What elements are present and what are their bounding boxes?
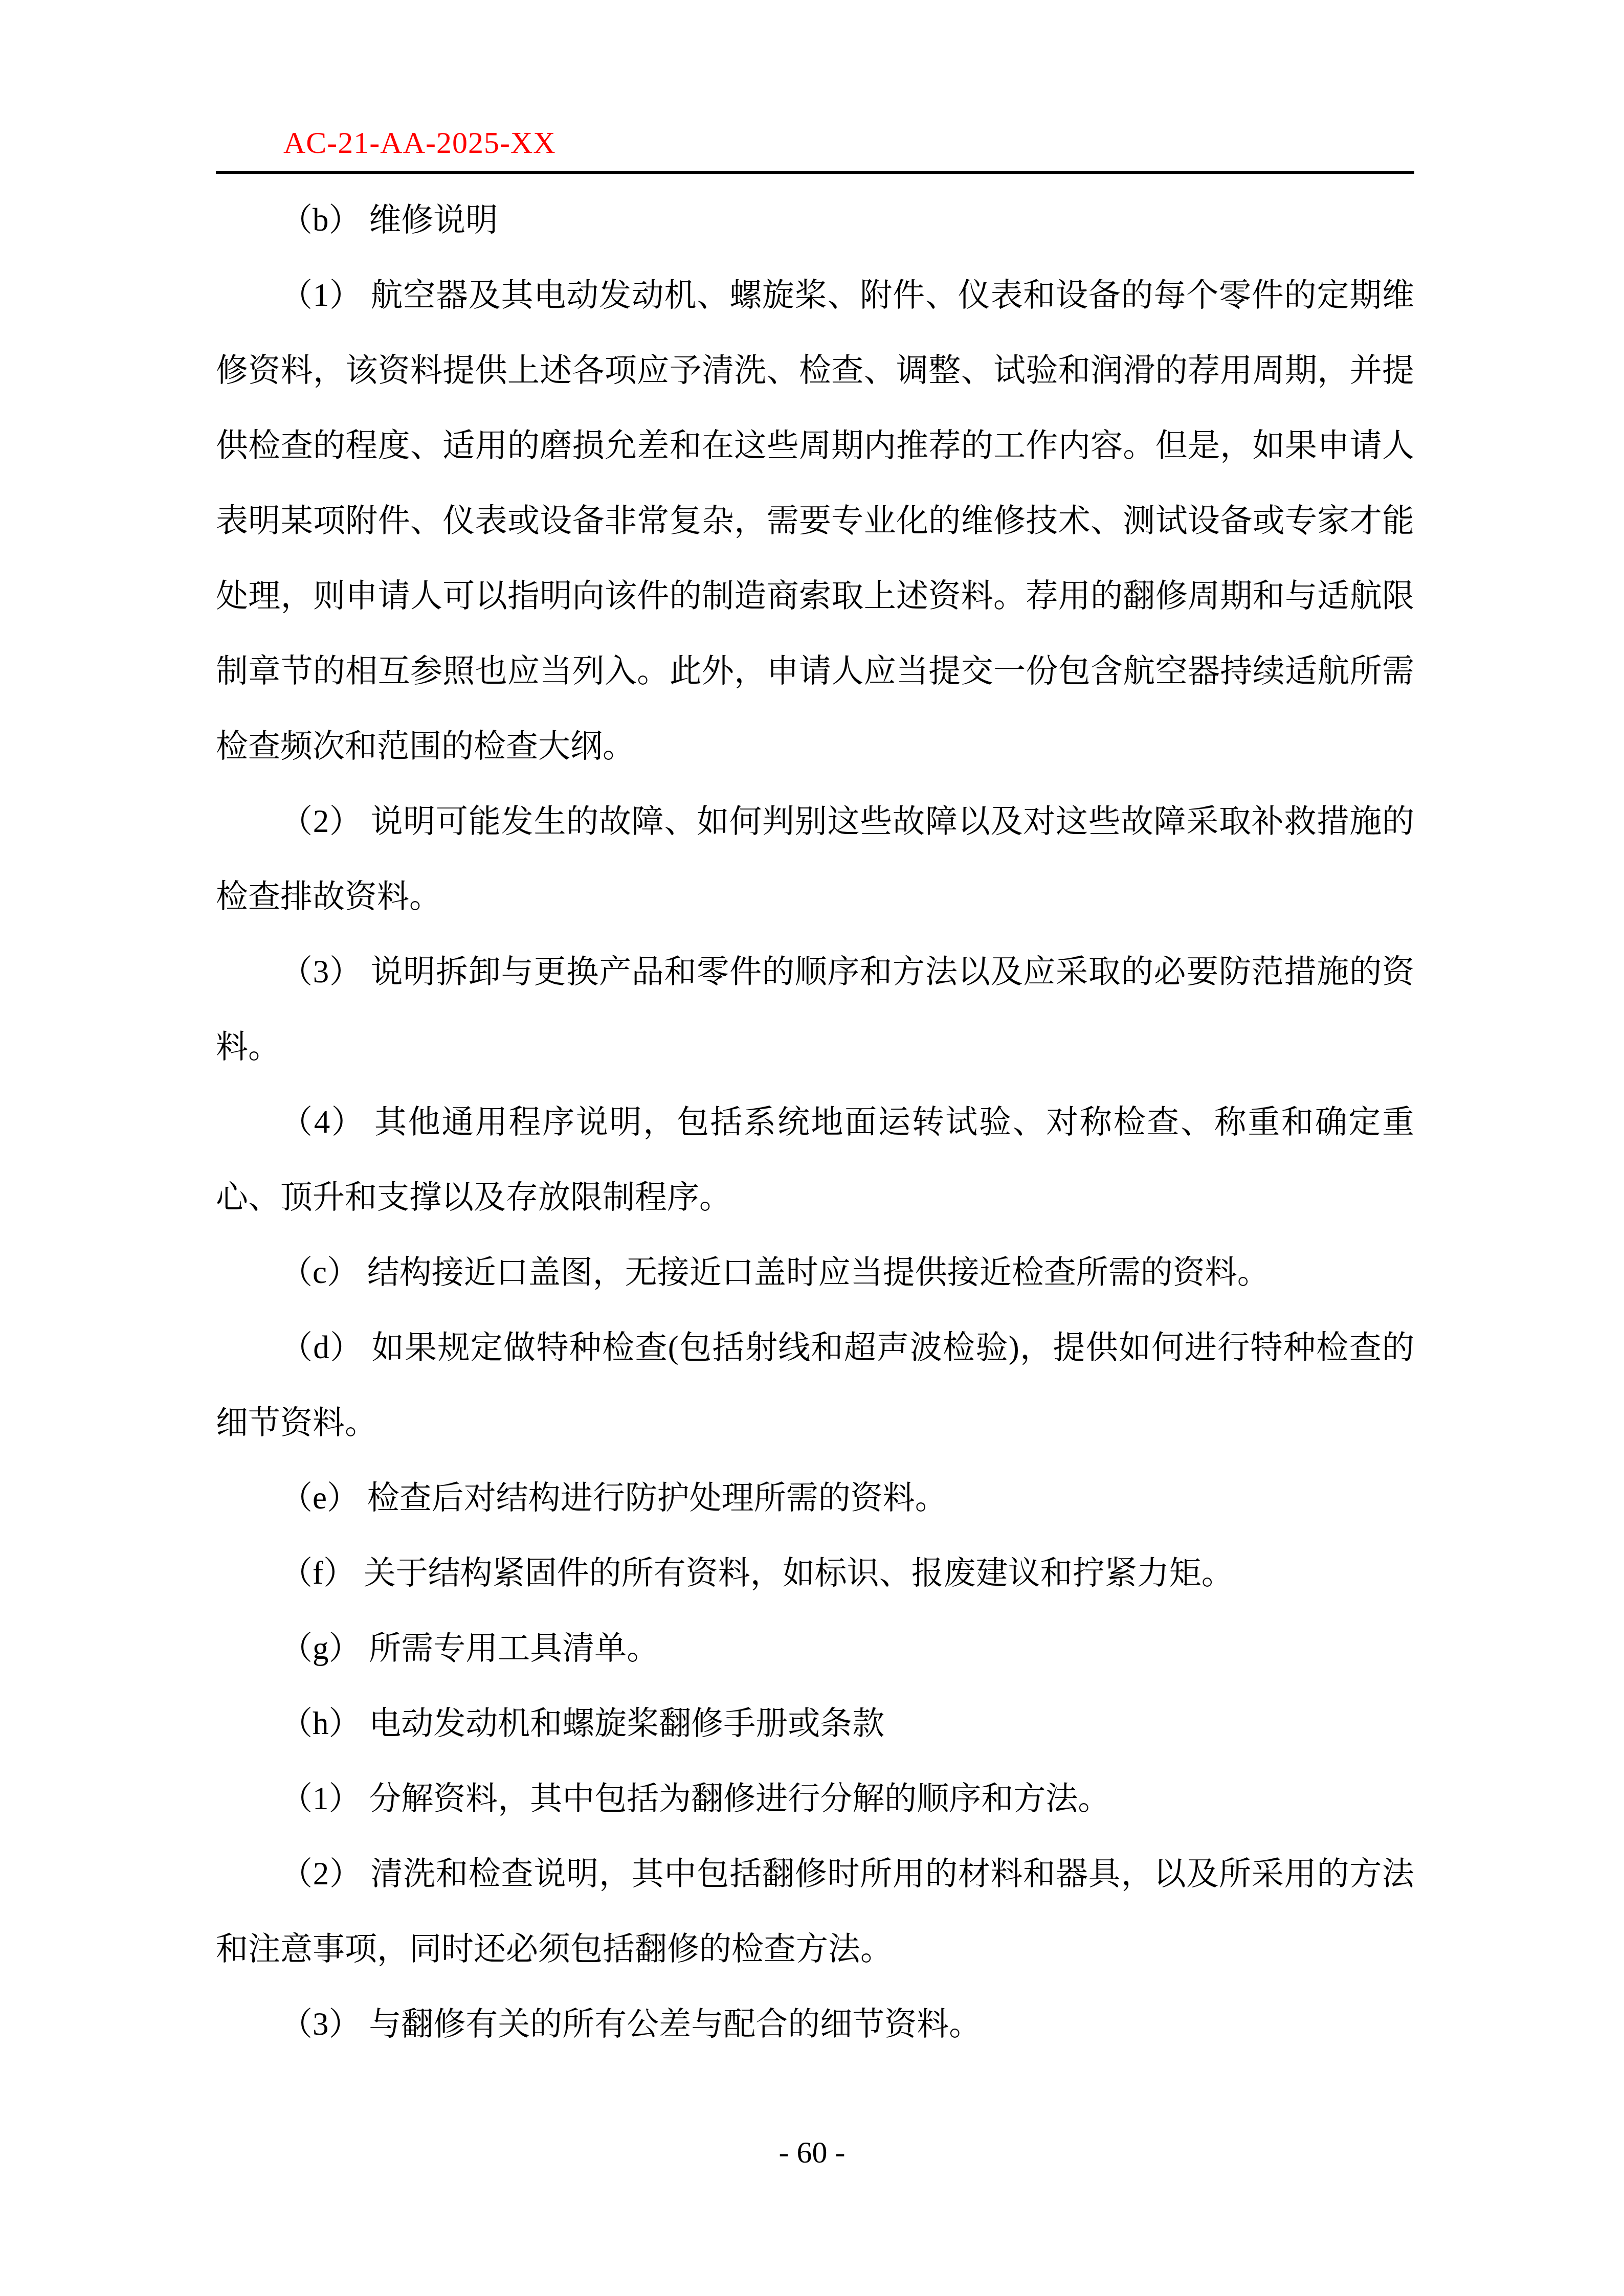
paragraph-c-access-panels: （c） 结构接近口盖图，无接近口盖时应当提供接近检查所需的资料。 — [216, 1235, 1414, 1310]
paragraph-h3-tolerances-fits: （3） 与翻修有关的所有公差与配合的细节资料。 — [216, 1987, 1414, 2062]
paragraph-d-special-inspections: （d） 如果规定做特种检查(包括射线和超声波检验)，提供如何进行特种检查的细节资… — [216, 1310, 1414, 1460]
paragraph-f-structural-fasteners: （f） 关于结构紧固件的所有资料，如标识、报废建议和拧紧力矩。 — [216, 1536, 1414, 1611]
paragraph-b3-removal-replacement: （3） 说明拆卸与更换产品和零件的顺序和方法以及应采取的必要防范措施的资料。 — [216, 934, 1414, 1085]
paragraph-b-heading: （b） 维修说明 — [216, 183, 1414, 258]
header-rule — [216, 171, 1414, 174]
paragraph-h2-cleaning-inspection: （2） 清洗和检查说明，其中包括翻修时所用的材料和器具，以及所采用的方法和注意事… — [216, 1836, 1414, 1987]
doc-number: AC-21-AA-2025-XX — [283, 124, 556, 161]
page-number: - 60 - — [0, 2131, 1624, 2173]
paragraph-b2-troubleshooting-data: （2） 说明可能发生的故障、如何判别这些故障以及对这些故障采取补救措施的检查排故… — [216, 784, 1414, 934]
paragraph-b4-general-procedures: （4） 其他通用程序说明，包括系统地面运转试验、对称检查、称重和确定重心、顶升和… — [216, 1085, 1414, 1235]
paragraph-h1-disassembly-data: （1） 分解资料，其中包括为翻修进行分解的顺序和方法。 — [216, 1761, 1414, 1836]
document-page: AC-21-AA-2025-XX （b） 维修说明 （1） 航空器及其电动发动机… — [0, 0, 1624, 2296]
document-body: （b） 维修说明 （1） 航空器及其电动发动机、螺旋桨、附件、仪表和设备的每个零… — [216, 183, 1414, 2062]
paragraph-b1-periodic-maintenance: （1） 航空器及其电动发动机、螺旋桨、附件、仪表和设备的每个零件的定期维修资料，… — [216, 258, 1414, 784]
paragraph-h-overhaul-manual: （h） 电动发动机和螺旋桨翻修手册或条款 — [216, 1686, 1414, 1761]
paragraph-e-protective-treatment: （e） 检查后对结构进行防护处理所需的资料。 — [216, 1460, 1414, 1536]
paragraph-g-special-tools-list: （g） 所需专用工具清单。 — [216, 1611, 1414, 1686]
